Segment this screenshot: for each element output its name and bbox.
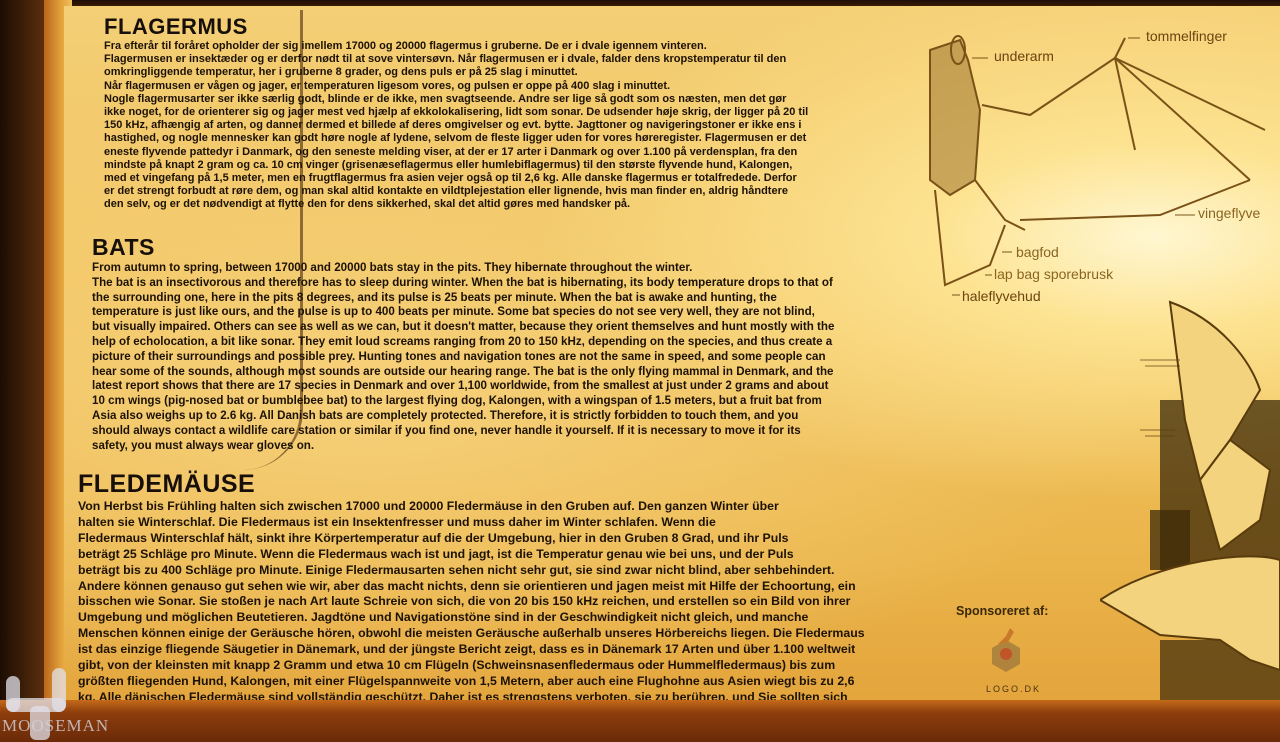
bat-anatomy-diagram: underarm tommelfinger vingeflyve bagfod … — [920, 20, 1280, 310]
text-line: Når flagermusen er vågen og jager, er te… — [104, 80, 808, 93]
text-line: From autumn to spring, between 17000 and… — [92, 261, 834, 276]
text-line: größten fliegenden Hund, Kalongen, mit e… — [78, 674, 865, 690]
section-danish: FLAGERMUS Fra efterår til foråret ophold… — [104, 16, 808, 212]
text-line: 150 kHz, afhængig af arten, og danner de… — [104, 119, 808, 132]
sponsor-logo-text: LOGO.DK — [986, 684, 1041, 694]
label-tail-membrane: haleflyvehud — [962, 288, 1041, 304]
label-calcar-lobe: lap bag sporebrusk — [994, 266, 1113, 282]
flying-bat-icon — [1100, 290, 1280, 710]
text-line: The bat is an insectivorous and therefor… — [92, 276, 834, 291]
paragraph-danish: Fra efterår til foråret opholder der sig… — [104, 40, 808, 212]
text-line: but visually impaired. Others can see as… — [92, 320, 834, 335]
text-line: Andere können genauso gut sehen wie wir,… — [78, 579, 865, 595]
watermark-text: MOOSEMAN — [2, 716, 109, 736]
label-underarm: underarm — [994, 48, 1054, 64]
text-line: Asia also weighs up to 2.6 kg. All Danis… — [92, 409, 834, 424]
text-line: should always contact a wildlife care st… — [92, 424, 834, 439]
section-english: BATS From autumn to spring, between 1700… — [92, 236, 834, 453]
text-line: Fra efterår til foråret opholder der sig… — [104, 40, 808, 53]
text-line: omkringliggende temperatur, her i gruber… — [104, 66, 808, 79]
text-line: Nogle flagermusarter ser ikke særlig god… — [104, 93, 808, 106]
text-line: hastighed, og nogle mennesker kan godt h… — [104, 132, 808, 145]
text-line: ist das einzige fliegende Säugetier in D… — [78, 642, 865, 658]
text-line: Menschen können einige der Geräusche hör… — [78, 626, 865, 642]
text-line: hear some of the sounds, although most s… — [92, 365, 834, 380]
text-line: temperature is just like ours, and the p… — [92, 305, 834, 320]
text-line: ikke noget, for de orienterer sig og jag… — [104, 106, 808, 119]
label-wing-membrane: vingeflyve — [1198, 205, 1260, 221]
text-line: 10 cm wings (pig-nosed bat or bumblebee … — [92, 394, 834, 409]
text-line: den selv, og er det nødvendigt at flytte… — [104, 198, 808, 211]
paragraph-english: From autumn to spring, between 17000 and… — [92, 261, 834, 453]
text-line: Flagermusen er insektæder og er derfor n… — [104, 53, 808, 66]
text-line: mindste på knapt 2 gram og ca. 10 cm vin… — [104, 159, 808, 172]
text-line: the surrounding one, here in the pits 8 … — [92, 291, 834, 306]
text-line: latest report shows that there are 17 sp… — [92, 379, 834, 394]
sponsor-logo-icon — [986, 626, 1026, 672]
text-line: beträgt bis zu 400 Schläge pro Minute. E… — [78, 563, 865, 579]
text-line: Umgebung und möglichen Beutetieren. Jagd… — [78, 610, 865, 626]
text-line: er det strengt forbudt at røre dem, og m… — [104, 185, 808, 198]
text-line: halten sie Winterschlaf. Die Fledermaus … — [78, 515, 865, 531]
wooden-frame-bottom — [0, 700, 1280, 742]
text-line: med et vingefang på 1,5 meter, men en fr… — [104, 172, 808, 185]
heading-german: FLEDEMÄUSE — [78, 472, 865, 497]
text-line: Fledermaus Winterschlaf hält, sinkt ihre… — [78, 531, 865, 547]
text-line: beträgt 25 Schläge pro Minute. Wenn die … — [78, 547, 865, 563]
section-german: FLEDEMÄUSE Von Herbst bis Frühling halte… — [78, 472, 865, 722]
label-thumb: tommelfinger — [1146, 28, 1227, 44]
text-line: Von Herbst bis Frühling halten sich zwis… — [78, 499, 865, 515]
text-line: eneste flyvende pattedyr i Danmark, og d… — [104, 146, 808, 159]
text-line: safety, you must always wear gloves on. — [92, 439, 834, 454]
text-line: gibt, von der kleinsten mit knapp 2 Gram… — [78, 658, 865, 674]
text-line: bisschen wie Sonar. Sie stoßen je nach A… — [78, 594, 865, 610]
heading-english: BATS — [92, 236, 834, 259]
sponsor-label: Sponsoreret af: — [956, 604, 1048, 618]
flying-bats-illustration — [1100, 290, 1280, 710]
text-line: help of echolocation, a bit like sonar. … — [92, 335, 834, 350]
paragraph-german: Von Herbst bis Frühling halten sich zwis… — [78, 499, 865, 722]
label-hind-foot: bagfod — [1016, 244, 1059, 260]
text-line: picture of their surroundings and possib… — [92, 350, 834, 365]
heading-danish: FLAGERMUS — [104, 16, 808, 38]
